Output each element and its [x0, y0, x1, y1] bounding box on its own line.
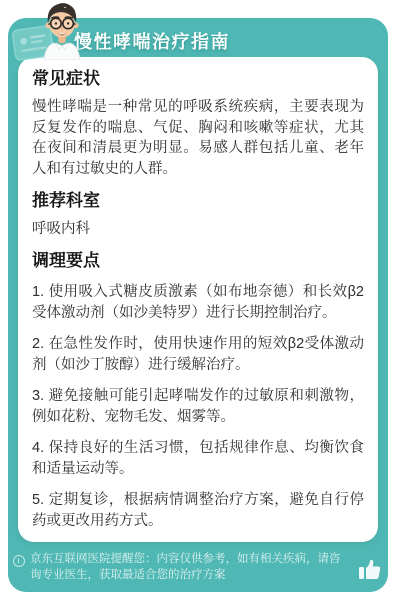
list-item: 5. 定期复诊，根据病情调整治疗方案，避免自行停药或更改用药方式。	[32, 490, 364, 531]
section-heading-points: 调理要点	[32, 249, 364, 273]
disclaimer-footer: 京东互联网医院提醒您：内容仅供参考，如有相关疾病，请咨询专业医生，获取最适合您的…	[13, 551, 365, 583]
symptoms-description: 慢性哮喘是一种常见的呼吸系统疾病，主要表现为反复发作的喘息、气促、胸闷和咳嗽等症…	[32, 97, 364, 179]
points-list: 1. 使用吸入式糖皮质激素（如布地奈德）和长效β2受体激动剂（如沙美特罗）进行长…	[32, 282, 364, 531]
info-icon	[13, 555, 25, 567]
page-title: 慢性哮喘治疗指南	[74, 28, 230, 54]
doctor-avatar	[32, 0, 92, 60]
thumbs-up-icon[interactable]	[358, 556, 382, 582]
content-card: 常见症状 慢性哮喘是一种常见的呼吸系统疾病，主要表现为反复发作的喘息、气促、胸闷…	[18, 57, 378, 542]
section-heading-department: 推荐科室	[32, 189, 364, 213]
section-heading-symptoms: 常见症状	[32, 67, 364, 91]
disclaimer-text: 京东互联网医院提醒您：内容仅供参考，如有相关疾病，请咨询专业医生，获取最适合您的…	[30, 551, 348, 583]
department-value: 呼吸内科	[32, 219, 364, 239]
list-item: 2. 在急性发作时，使用快速作用的短效β2受体激动剂（如沙丁胺醇）进行缓解治疗。	[32, 334, 364, 375]
list-item: 1. 使用吸入式糖皮质激素（如布地奈德）和长效β2受体激动剂（如沙美特罗）进行长…	[32, 282, 364, 323]
list-item: 4. 保持良好的生活习惯，包括规律作息、均衡饮食和适量运动等。	[32, 438, 364, 479]
list-item: 3. 避免接触可能引起哮喘发作的过敏原和刺激物，例如花粉、宠物毛发、烟雾等。	[32, 386, 364, 427]
